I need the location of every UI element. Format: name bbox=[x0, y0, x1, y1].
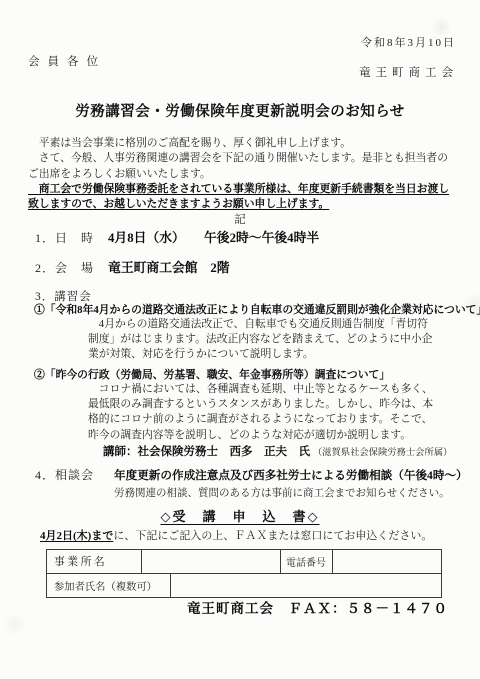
participants-field bbox=[171, 574, 441, 597]
greeting-line-1: 平素は当会事業に格別のご高配を賜り、厚く御礼申し上げます。 bbox=[28, 136, 454, 151]
consult-value: 年度更新の作成注意点及び西多社労士による労働相談（午後4時～） bbox=[114, 469, 468, 482]
issue-date: 令和8年3月10日 bbox=[361, 34, 456, 50]
lecturer-affiliation: （滋賀県社会保険労務士会所属） bbox=[313, 448, 452, 458]
intro-paragraphs: 平素は当会事業に格別のご高配を賜り、厚く御礼申し上げます。 さて、今般、人事労務… bbox=[28, 136, 454, 212]
application-form-heading: ◇受 講 申 込 書◇ bbox=[0, 506, 480, 525]
lecture1-body: 4月からの道路交通法改正で、自転車でも交通反則通告制度「青切符制度」がはじまりま… bbox=[88, 317, 436, 363]
lecturer-name: 講師：社会保険労務士 西多 正夫 氏 bbox=[103, 446, 310, 458]
item-datetime: 1．日 時4月8日（水） 午後2時～午後4時半 bbox=[35, 227, 319, 246]
business-name-field bbox=[142, 550, 281, 573]
lecture2-heading: ②「昨今の行政（労働局、労基署、職安、年金事務所等）調査について」 bbox=[34, 367, 390, 382]
greeting-line-2: さて、今般、人事労務関連の講習会を下記の通り開催いたします。是非とも担当者のご出… bbox=[28, 151, 454, 182]
application-deadline: 4月2日(木)まで bbox=[40, 530, 113, 542]
form-row-participants: 参加者氏名（複数可） bbox=[47, 573, 441, 597]
recipient-line: 会員各位 bbox=[28, 53, 106, 69]
phone-label: 電話番号 bbox=[281, 550, 333, 573]
consult-note: 労務関連の相談、質問のある方は事前に商工会までお知らせください。 bbox=[114, 485, 450, 500]
form-row-business: 事業所名 電話番号 bbox=[47, 550, 441, 573]
participants-label: 参加者氏名（複数可） bbox=[47, 574, 171, 597]
application-form-table: 事業所名 電話番号 参加者氏名（複数可） bbox=[46, 549, 442, 598]
phone-field bbox=[333, 550, 441, 573]
ki-marker: 記 bbox=[0, 211, 480, 227]
scanned-notice-page: 令和8年3月10日 会員各位 竜王町商工会 労務講習会・労働保険年度更新説明会の… bbox=[0, 0, 480, 679]
sender-organization: 竜王町商工会 bbox=[359, 64, 458, 80]
lecturer-line: 講師：社会保険労務士 西多 正夫 氏 （滋賀県社会保険労務士会所属） bbox=[103, 443, 452, 459]
handover-notice: 商工会で労働保険事務委託をされている事業所様は、年度更新手続書類を当日お渡し致し… bbox=[28, 182, 454, 213]
item-venue: 2．会 場竜王町商工会館 2階 bbox=[35, 257, 230, 276]
datetime-value: 4月8日（水） 午後2時～午後4時半 bbox=[108, 231, 319, 245]
venue-label: 2．会 場 bbox=[35, 261, 94, 275]
lecture2-body: コロナ禍においては、各種調査も延期、中止等となるケースも多く、最低限のみ調査する… bbox=[88, 382, 442, 443]
consult-label: 4．相談会 bbox=[35, 468, 94, 482]
item-consult: 4．相談会年度更新の作成注意点及び西多社労士による労働相談（午後4時～） bbox=[35, 466, 468, 483]
fax-contact-line: 竜王町商工会 ＦＡＸ：５８－１４７０ bbox=[187, 597, 448, 617]
document-title: 労務講習会・労働保険年度更新説明会のお知らせ bbox=[0, 100, 480, 121]
datetime-label: 1．日 時 bbox=[35, 231, 94, 245]
venue-value: 竜王町商工会館 2階 bbox=[108, 261, 230, 275]
application-instruction: 4月2日(木)までに、下記にご記入の上、ＦＡＸまたは窓口にてお申込ください。 bbox=[40, 527, 432, 543]
lecture1-heading: ①「令和8年4月からの道路交通法改正により自転車の交通違反罰則が強化企業対応につ… bbox=[34, 302, 480, 317]
business-name-label: 事業所名 bbox=[47, 550, 142, 573]
application-form-heading-text: ◇受 講 申 込 書◇ bbox=[161, 509, 320, 524]
application-instruction-rest: に、下記にご記入の上、ＦＡＸまたは窓口にてお申込ください。 bbox=[113, 530, 432, 542]
